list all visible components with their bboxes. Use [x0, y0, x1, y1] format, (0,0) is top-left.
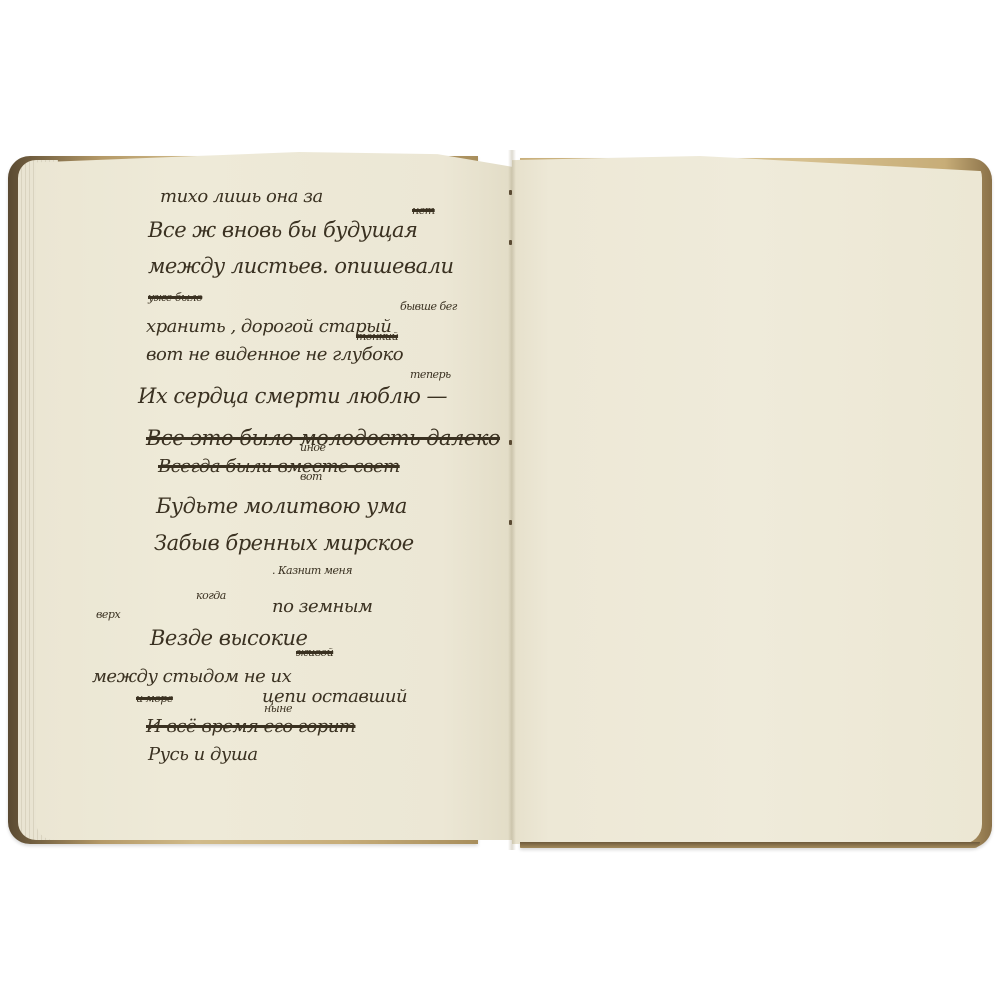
manuscript-line: Всегда были вместе свет: [158, 456, 400, 477]
manuscript-line: Забыв бренных мирское: [154, 531, 414, 555]
manuscript-line: Будьте молитвою ума: [156, 494, 407, 518]
manuscript-line: верх: [96, 608, 120, 621]
manuscript-line: живой: [296, 646, 333, 659]
manuscript-line: между стыдом не их: [92, 666, 291, 687]
handwritten-manuscript: тихо лишь она занетВсе ж вновь бы будуща…: [0, 0, 1000, 1000]
manuscript-line: бывше бег: [400, 300, 457, 313]
manuscript-line: по земным: [272, 596, 373, 617]
manuscript-line: И всё время его горит: [146, 716, 356, 737]
manuscript-line: хранить , дорогой старый: [146, 316, 391, 337]
manuscript-line: Русь и душа: [148, 744, 258, 765]
manuscript-line: нет: [412, 204, 435, 217]
manuscript-line: между листьев. опишевали: [148, 254, 454, 278]
manuscript-line: вот не виденное не глубоко: [146, 344, 403, 365]
manuscript-line: уже было: [148, 291, 202, 304]
manuscript-line: теперь: [410, 368, 451, 381]
manuscript-line: иное: [300, 441, 325, 454]
manuscript-line: тонкий: [356, 330, 398, 343]
notebook-photo: тихо лишь она занетВсе ж вновь бы будуща…: [0, 0, 1000, 1000]
manuscript-line: тихо лишь она за: [160, 186, 323, 207]
manuscript-line: . Казнит меня: [272, 564, 352, 577]
manuscript-line: когда: [196, 589, 226, 602]
manuscript-line: вот: [300, 470, 322, 483]
manuscript-line: и море: [136, 692, 173, 705]
manuscript-line: Везде высокие: [150, 626, 307, 650]
manuscript-line: Их сердца смерти люблю —: [138, 384, 447, 408]
manuscript-line: ныне: [264, 702, 292, 715]
manuscript-line: Все ж вновь бы будущая: [148, 218, 417, 242]
